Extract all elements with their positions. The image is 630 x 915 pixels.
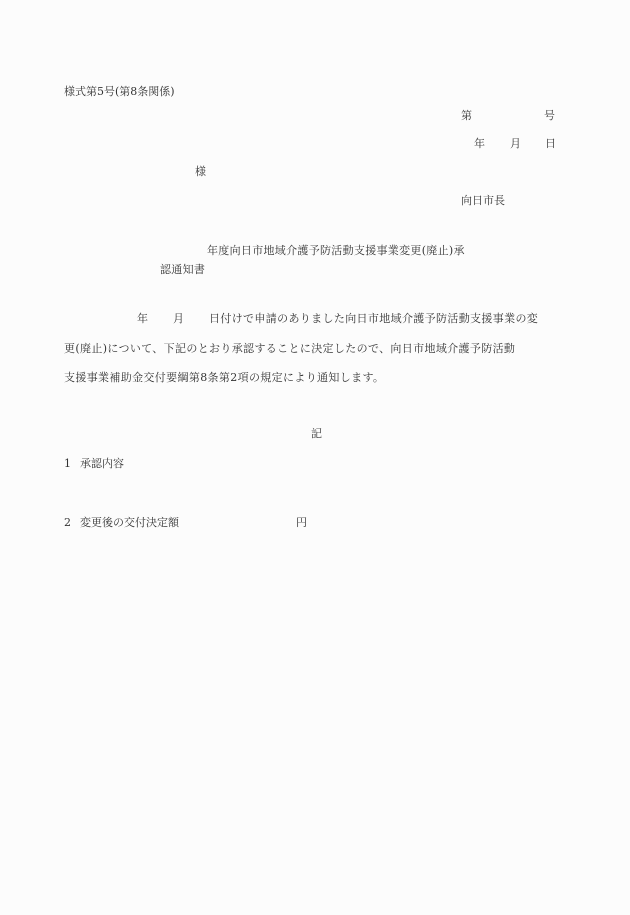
body-line3: 支援事業補助金交付要綱第8条第2項の規定により通知します。 [64,372,384,383]
date-month: 月 [510,138,521,149]
item-2-unit: 円 [296,517,307,528]
document-title-line1: 年度向日市地域介護予防活動支援事業変更(廃止)承 [207,245,465,256]
doc-number-suffix: 号 [544,110,555,121]
body-line2: 更(廃止)について、下記のとおり承認することに決定したので、向日市地域介護予防活… [64,343,515,354]
doc-number-prefix: 第 [461,110,472,121]
document-page: 様式第5号(第8条関係) 第 号 年 月 日 様 向日市長 年度向日市地域介護予… [0,0,630,915]
document-title-line2: 認通知書 [160,264,205,275]
body-date-month: 月 [173,313,184,324]
body-line1: 日付けで申請のありました向日市地域介護予防活動支援事業の変 [209,313,538,324]
ki-heading: 記 [311,428,322,439]
recipient-honorific: 様 [195,166,206,177]
issuer: 向日市長 [461,195,505,206]
date-day: 日 [545,138,556,149]
body-date-year: 年 [137,313,148,324]
item-1-label: 承認内容 [80,458,124,469]
item-2-label: 変更後の交付決定額 [80,517,179,528]
item-2-number: 2 [64,517,71,528]
date-year: 年 [474,138,485,149]
form-number: 様式第5号(第8条関係) [64,86,175,97]
item-1-number: 1 [64,458,71,469]
